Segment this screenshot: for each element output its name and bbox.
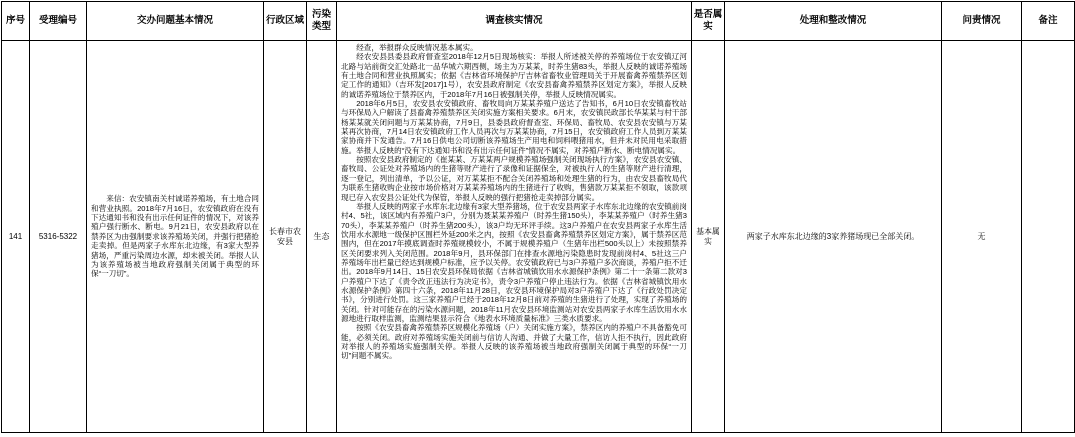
cell-pollution-type: 生态 xyxy=(307,41,337,433)
cell-remark xyxy=(1022,41,1075,433)
investigation-paragraph: 按照《农安县畜禽养殖禁养区规模化养殖场（户）关闭实施方案》，禁养区内的养殖户不具… xyxy=(341,323,687,360)
investigation-paragraph: 经农安县县委县政府督查室2018年12月5日现场核实：举报人所述被关停的养殖场位… xyxy=(341,52,687,99)
table-header: 序号 受理编号 交办问题基本情况 行政区域 污染类型 调查核实情况 是否属实 处… xyxy=(2,2,1075,41)
cell-investigation: 经查，举报群众反映情况基本属实。经农安县县委县政府督查室2018年12月5日现场… xyxy=(337,41,692,433)
cell-accountability: 无 xyxy=(942,41,1022,433)
header-verified: 是否属实 xyxy=(692,2,725,41)
header-remark: 备注 xyxy=(1022,2,1075,41)
header-case-no: 受理编号 xyxy=(30,2,87,41)
header-accountability: 问责情况 xyxy=(942,2,1022,41)
cell-region: 长春市农安县 xyxy=(264,41,307,433)
header-investigation: 调查核实情况 xyxy=(337,2,692,41)
cell-rectification: 两家子水库东北边缘的3家养猪场现已全部关闭。 xyxy=(725,41,942,433)
investigation-paragraph: 经查，举报群众反映情况基本属实。 xyxy=(341,43,687,52)
header-rectification: 处理和整改情况 xyxy=(725,2,942,41)
table-row: 141 5316-5322 来信：农安镇南关村诚诺养殖场，有土地合同和营业执照。… xyxy=(2,41,1075,433)
investigation-paragraph: 举报人反映的两家子水库东北边缘有3家大型养猪场，位于农安县两家子水库东北边缘的农… xyxy=(341,202,687,323)
cell-case-no: 5316-5322 xyxy=(30,41,87,433)
cases-table: 序号 受理编号 交办问题基本情况 行政区域 污染类型 调查核实情况 是否属实 处… xyxy=(1,1,1075,433)
header-serial: 序号 xyxy=(2,2,30,41)
investigation-paragraph: 2018年6月5日，农安县农安镇政府、畜牧局向万某某养殖户送达了告知书，6月10… xyxy=(341,99,687,155)
problem-text: 来信：农安镇南关村诚诺养殖场，有土地合同和营业执照。2018年7月16日，农安镇… xyxy=(91,194,259,279)
investigation-paragraph: 按照农安县政府制定的《崔某某、万某某两户规模养殖场强制关闭现场执行方案》，农安县… xyxy=(341,155,687,202)
header-pollution-type: 污染类型 xyxy=(307,2,337,41)
cell-serial: 141 xyxy=(2,41,30,433)
cell-problem: 来信：农安镇南关村诚诺养殖场，有土地合同和营业执照。2018年7月16日，农安镇… xyxy=(87,41,264,433)
header-problem: 交办问题基本情况 xyxy=(87,2,264,41)
header-region: 行政区域 xyxy=(264,2,307,41)
cell-verified: 基本属实 xyxy=(692,41,725,433)
